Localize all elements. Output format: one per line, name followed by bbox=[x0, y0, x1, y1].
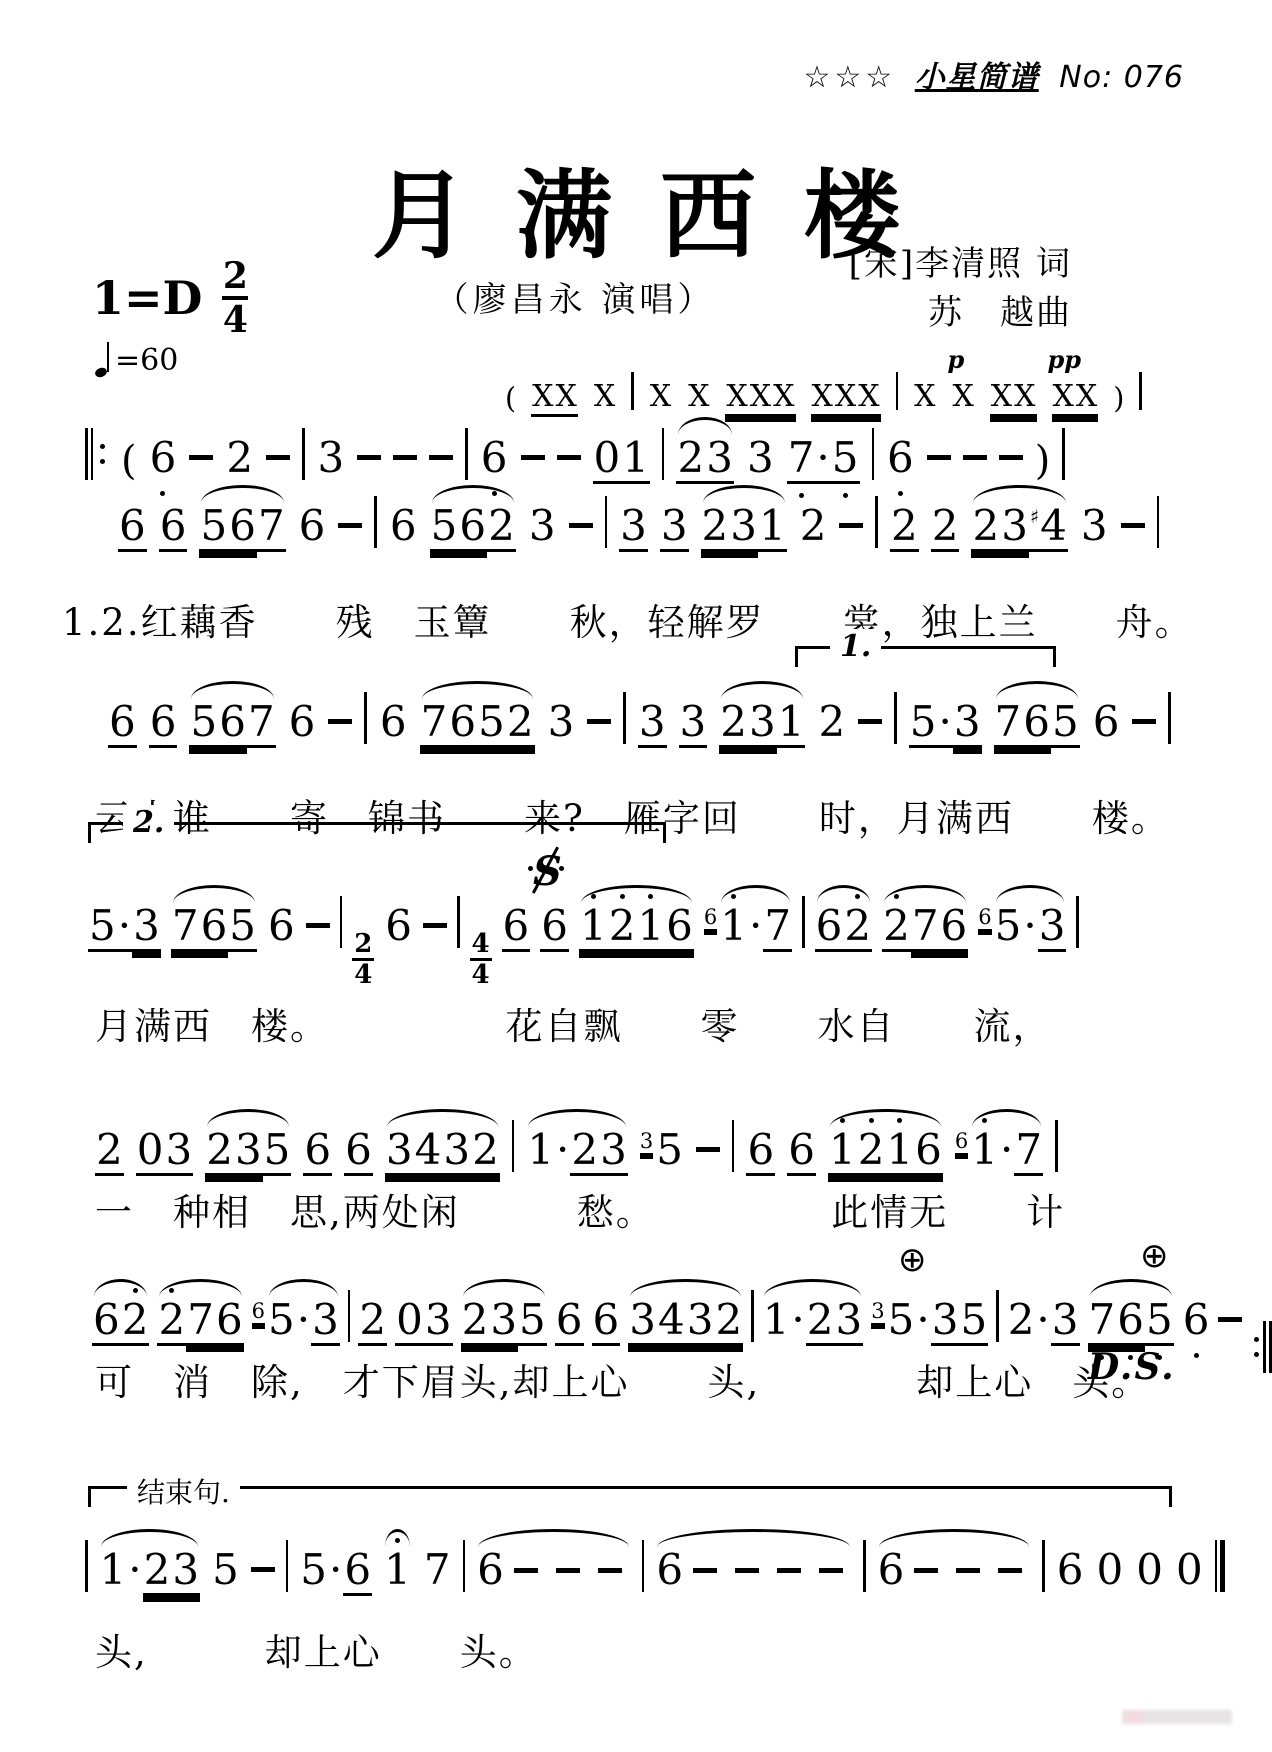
note-group: 765 bbox=[171, 905, 257, 952]
note: 7 bbox=[186, 1299, 215, 1346]
barline bbox=[85, 1540, 88, 1592]
note-group: 6 bbox=[108, 701, 137, 748]
note-group: 3 bbox=[679, 701, 708, 748]
note-group: 6 bbox=[288, 701, 317, 743]
note: X bbox=[531, 382, 554, 417]
note: · bbox=[296, 1299, 311, 1341]
note: 2 bbox=[143, 1549, 172, 1596]
note: 5 bbox=[831, 437, 860, 484]
coda-icon: ⊕ bbox=[1140, 1236, 1169, 1276]
barline bbox=[751, 1290, 754, 1342]
note: · bbox=[915, 1299, 930, 1341]
note: 6 bbox=[200, 905, 229, 952]
note: 3 bbox=[171, 1549, 200, 1596]
note: 2 bbox=[121, 1299, 150, 1346]
note: 6 bbox=[940, 905, 969, 952]
barline bbox=[896, 372, 899, 410]
barline bbox=[465, 428, 468, 480]
note-group: 567 bbox=[189, 701, 275, 748]
barline bbox=[302, 428, 305, 480]
music-line-4: 2032356634321·233566121661·7 bbox=[95, 1120, 1070, 1176]
note-group: 3 bbox=[1080, 505, 1109, 547]
note-group: 6 bbox=[1182, 1299, 1211, 1341]
note: 3 bbox=[317, 437, 346, 479]
note: 7 bbox=[911, 905, 940, 952]
volta-bracket-2: 2. bbox=[88, 822, 666, 843]
note-group: 276 bbox=[157, 1299, 243, 1346]
note: 2 bbox=[225, 437, 254, 479]
music-line-1: 665676656233323122223♯43 bbox=[118, 496, 1171, 552]
note-group: XX bbox=[990, 382, 1037, 417]
note: 5 bbox=[267, 1299, 296, 1341]
note: 6 bbox=[379, 701, 408, 743]
grace-note: 3 bbox=[871, 1301, 884, 1325]
note: 2 bbox=[487, 505, 516, 552]
barline bbox=[662, 428, 665, 480]
note-group: 5·3 bbox=[909, 701, 982, 748]
note-group: 562 bbox=[430, 505, 516, 552]
note: X bbox=[749, 382, 772, 417]
note-group: 6 bbox=[746, 1129, 775, 1176]
note-group: XX bbox=[531, 382, 578, 417]
note: 0 bbox=[1175, 1549, 1204, 1591]
note: 7 bbox=[247, 701, 276, 748]
note-group: 6 bbox=[886, 437, 915, 479]
note: 5 bbox=[655, 1129, 684, 1171]
note-group: 6 bbox=[476, 1549, 631, 1591]
note-group: 6 bbox=[787, 1129, 816, 1176]
note: 6 bbox=[149, 701, 178, 748]
dash bbox=[914, 1568, 938, 1573]
note: 6 bbox=[303, 1129, 332, 1176]
note: · bbox=[790, 1299, 805, 1341]
volta-bracket-1: 1. bbox=[795, 646, 1056, 667]
note: 3 bbox=[835, 1299, 864, 1346]
note-group: 1 bbox=[383, 1549, 412, 1591]
quarter-note-icon bbox=[95, 342, 111, 378]
note: 6 bbox=[815, 905, 844, 952]
note: 7 bbox=[994, 701, 1023, 748]
barline bbox=[348, 1290, 351, 1342]
note: 6 bbox=[1092, 701, 1121, 743]
note-group: 0 bbox=[1096, 1549, 1125, 1591]
note: 3 bbox=[679, 701, 708, 748]
barline bbox=[512, 1120, 515, 1172]
note: 3 bbox=[164, 1129, 193, 1176]
parenthesis: ( bbox=[121, 438, 137, 484]
note-group: 3 bbox=[317, 437, 346, 479]
note: 3 bbox=[628, 1299, 657, 1346]
note: 6 bbox=[159, 505, 188, 552]
barline bbox=[1157, 496, 1160, 548]
grace-note: 6 bbox=[978, 907, 991, 931]
note: 2 bbox=[701, 505, 730, 552]
tempo-value: =60 bbox=[115, 343, 178, 378]
note-group: 6 bbox=[389, 505, 418, 547]
key-time-signature: 1=D 2 4 bbox=[92, 258, 248, 338]
note: 0 bbox=[1096, 1549, 1125, 1591]
note-group: XXX bbox=[725, 382, 795, 417]
note: 1 bbox=[758, 505, 787, 552]
note: 3 bbox=[599, 1129, 628, 1176]
dash bbox=[357, 455, 381, 460]
key-signature: 1=D bbox=[92, 271, 202, 325]
note: 3 bbox=[442, 1129, 471, 1176]
barline bbox=[863, 1540, 866, 1592]
note: 7 bbox=[257, 505, 286, 552]
note: 6 bbox=[298, 505, 327, 547]
note-group: 2 bbox=[225, 437, 254, 479]
note: 5 bbox=[994, 905, 1023, 947]
note-group: 23♯4 bbox=[971, 505, 1067, 552]
note: 6 bbox=[118, 505, 147, 552]
note-group: 2 bbox=[95, 1129, 124, 1176]
note: 6 bbox=[228, 505, 257, 552]
note: 6 bbox=[215, 1299, 244, 1346]
note: 3 bbox=[547, 701, 576, 743]
note: 5 bbox=[887, 1299, 916, 1341]
note-group: 2 bbox=[931, 505, 960, 552]
dash bbox=[587, 719, 611, 724]
note: 0 bbox=[395, 1299, 424, 1346]
note-group: 1·7 bbox=[970, 1129, 1043, 1176]
note: X bbox=[725, 382, 748, 417]
note: 6 bbox=[1056, 1549, 1085, 1591]
intro-music-line: (6236012337·56) bbox=[85, 428, 1077, 484]
note-group: 1216 bbox=[579, 905, 694, 952]
dash bbox=[839, 523, 863, 528]
note: X bbox=[913, 382, 936, 412]
note: 7 bbox=[423, 1549, 452, 1591]
lyrics-line-5: 可 消 除, 才下眉头,却上心 头, 却上心 头。 bbox=[95, 1352, 1150, 1406]
note: 0 bbox=[1135, 1549, 1164, 1591]
note: 1 bbox=[970, 1129, 999, 1171]
note-group: 276 bbox=[882, 905, 968, 952]
grace-note: 3 bbox=[640, 1131, 653, 1155]
note: 6 bbox=[886, 437, 915, 479]
volta-2-label: 2. bbox=[123, 805, 174, 840]
dash bbox=[963, 455, 987, 460]
note-group: 6 bbox=[1092, 701, 1121, 743]
dash bbox=[1218, 1317, 1242, 1322]
note-group: 1·7 bbox=[719, 905, 792, 952]
note: 6 bbox=[476, 1549, 505, 1591]
dash bbox=[696, 1147, 720, 1152]
note: 3 bbox=[746, 437, 775, 479]
dash bbox=[693, 1568, 717, 1573]
note-group: 5·3 bbox=[994, 905, 1067, 952]
note: 6 bbox=[480, 437, 509, 479]
note: · bbox=[937, 701, 952, 748]
slur bbox=[657, 1529, 850, 1547]
note: 7 bbox=[1014, 1129, 1043, 1176]
barline bbox=[872, 428, 875, 480]
note-group: 6 bbox=[592, 1299, 621, 1346]
parenthesis: ) bbox=[1035, 438, 1051, 484]
time-beat: 2 bbox=[223, 258, 248, 294]
note-group: 7652 bbox=[420, 701, 535, 748]
note-group: 6 bbox=[267, 905, 296, 947]
note-group: 6 bbox=[480, 437, 509, 479]
note: 2 bbox=[882, 905, 911, 952]
note: 6 bbox=[746, 1129, 775, 1176]
note: 2 bbox=[817, 701, 846, 743]
barline bbox=[286, 1540, 289, 1592]
note-group: 2 bbox=[890, 505, 919, 552]
note-group: XXX bbox=[811, 382, 881, 417]
dash bbox=[598, 1568, 622, 1573]
ending-bracket: 结束句. bbox=[88, 1486, 1172, 1507]
dash bbox=[998, 1568, 1022, 1573]
note-group: 6 bbox=[344, 1129, 373, 1176]
note-group: 3 bbox=[619, 505, 648, 552]
note: 3 bbox=[385, 1129, 414, 1176]
parenthesis: ) bbox=[1113, 382, 1124, 415]
note-group: 7 bbox=[423, 1549, 452, 1591]
note: 6 bbox=[92, 1299, 121, 1346]
note: 2 bbox=[857, 1129, 886, 1176]
note: 6 bbox=[389, 505, 418, 547]
note-group: 765 bbox=[994, 701, 1080, 748]
note: 6 bbox=[877, 1549, 906, 1591]
note: 5 bbox=[909, 701, 938, 748]
dash bbox=[423, 923, 447, 928]
note: 3 bbox=[424, 1299, 453, 1346]
note: 6 bbox=[555, 1299, 584, 1346]
note: 3 bbox=[528, 505, 557, 547]
note: X bbox=[857, 382, 880, 417]
note: 2 bbox=[157, 1299, 186, 1346]
note: X bbox=[1052, 382, 1075, 417]
segno-icon: S bbox=[528, 846, 564, 896]
note: 6 bbox=[218, 701, 247, 748]
note: X bbox=[772, 382, 795, 417]
note: 3 bbox=[705, 437, 734, 484]
note: 1 bbox=[383, 1549, 412, 1591]
note: 6 bbox=[665, 905, 694, 952]
note: 7 bbox=[787, 437, 816, 484]
note: 3 bbox=[1000, 505, 1029, 552]
note-group: 6 bbox=[118, 505, 147, 552]
lyrics-line-6: 头, 却上心 头。 bbox=[95, 1622, 538, 1676]
barline bbox=[374, 496, 377, 548]
note-group: 23 bbox=[676, 437, 733, 484]
barline bbox=[875, 496, 878, 548]
note-group: 01 bbox=[593, 437, 650, 484]
note: 5 bbox=[228, 905, 257, 952]
parenthesis: ( bbox=[505, 382, 516, 415]
barline bbox=[457, 896, 460, 948]
note: · bbox=[999, 1129, 1014, 1171]
time-signature: 24 bbox=[352, 931, 374, 988]
note: X bbox=[687, 382, 710, 412]
note: 3 bbox=[1051, 1299, 1080, 1346]
lyricist: [宋]李清照 词 bbox=[849, 240, 1072, 289]
note-group: 0 bbox=[1135, 1549, 1164, 1591]
note-group: 3 bbox=[660, 505, 689, 552]
note: 1 bbox=[719, 905, 748, 947]
note: 2 bbox=[799, 505, 828, 547]
note: 2 bbox=[843, 905, 872, 952]
note: 5 bbox=[1145, 1299, 1174, 1346]
note-group: 3432 bbox=[385, 1129, 500, 1176]
note-group: 0 bbox=[1175, 1549, 1204, 1591]
note: 3 bbox=[660, 505, 689, 552]
note-group: 231 bbox=[701, 505, 787, 552]
note: 2 bbox=[358, 1299, 387, 1346]
barline bbox=[1168, 692, 1171, 744]
note: 2 bbox=[570, 1129, 599, 1176]
note-group: 231 bbox=[719, 701, 805, 748]
dash bbox=[819, 1568, 843, 1573]
note: 6 bbox=[448, 701, 477, 748]
note-group: 03 bbox=[395, 1299, 452, 1346]
note-group: 5·3 bbox=[267, 1299, 340, 1346]
note: 2 bbox=[506, 701, 535, 748]
note-group: 6 bbox=[555, 1299, 584, 1346]
note-group: 6 bbox=[877, 1549, 1032, 1591]
barline bbox=[802, 896, 805, 948]
note-group: 6 bbox=[303, 1129, 332, 1176]
note: 3 bbox=[311, 1299, 340, 1346]
barline bbox=[1139, 372, 1142, 410]
grace-note: 6 bbox=[955, 1131, 968, 1155]
note: 5 bbox=[88, 905, 117, 952]
note: 6 bbox=[458, 505, 487, 552]
note-group: 2 bbox=[817, 701, 846, 743]
barline bbox=[996, 1290, 999, 1342]
grace-note: 6 bbox=[252, 1301, 265, 1325]
note-group: 1216 bbox=[828, 1129, 943, 1176]
brand-name: 小星简谱 bbox=[915, 60, 1039, 95]
dash bbox=[999, 455, 1023, 460]
note: 2 bbox=[719, 701, 748, 748]
repeat-barline bbox=[1250, 1321, 1272, 1373]
note: 5 bbox=[199, 505, 228, 552]
note: 1 bbox=[621, 437, 650, 484]
note: 1 bbox=[526, 1129, 555, 1171]
note: 6 bbox=[1022, 701, 1051, 748]
note: 2 bbox=[971, 505, 1000, 552]
note: 4 bbox=[414, 1129, 443, 1176]
note-group: 1·23 bbox=[526, 1129, 628, 1176]
note: X bbox=[990, 382, 1013, 417]
note-group: 5·35 bbox=[887, 1299, 989, 1346]
note-group: 3 bbox=[528, 505, 557, 547]
credits: [宋]李清照 词 苏 越曲 bbox=[849, 240, 1072, 339]
rhythm-pattern-line: (XXXXXXXXXXXXpXXXppXX) bbox=[505, 372, 1157, 417]
note: 5 bbox=[299, 1549, 328, 1591]
note: 3 bbox=[489, 1299, 518, 1346]
composer: 苏 越曲 bbox=[849, 289, 1072, 338]
note: 7 bbox=[1088, 1299, 1117, 1346]
music-line-2: 6656766765233323125·37656 bbox=[108, 692, 1183, 748]
lyrics-line-1: 1.2.红藕香 残 玉簟 秋，轻解罗 裳，独上兰 舟。 bbox=[62, 592, 1194, 646]
note: 1 bbox=[762, 1299, 791, 1341]
barline bbox=[642, 1540, 645, 1592]
note: 3 bbox=[686, 1299, 715, 1346]
note-group: X bbox=[951, 382, 974, 412]
note-group: 3 bbox=[547, 701, 576, 743]
note: · bbox=[815, 437, 830, 484]
dash bbox=[521, 455, 545, 460]
note: · bbox=[1035, 1299, 1050, 1341]
note-group: 2·3 bbox=[1007, 1299, 1080, 1346]
dash bbox=[777, 1568, 801, 1573]
note-group: 2 bbox=[358, 1299, 387, 1346]
note: 3 bbox=[729, 505, 758, 552]
note: 6 bbox=[787, 1129, 816, 1176]
note: 5 bbox=[189, 701, 218, 748]
note: 3 bbox=[234, 1129, 263, 1176]
dash bbox=[927, 455, 951, 460]
note-group: 567 bbox=[199, 505, 285, 552]
note: 2 bbox=[714, 1299, 743, 1346]
note-group: 03 bbox=[136, 1129, 193, 1176]
note: 2 bbox=[471, 1129, 500, 1176]
repeat-barline bbox=[85, 428, 109, 480]
note: X bbox=[1013, 382, 1036, 417]
note: 7 bbox=[171, 905, 200, 952]
note-group: 6 bbox=[149, 437, 178, 479]
note: · bbox=[328, 1549, 343, 1591]
note-group: 765 bbox=[1088, 1299, 1174, 1346]
note: 2 bbox=[205, 1129, 234, 1176]
barline bbox=[364, 692, 367, 744]
note-group: 235 bbox=[461, 1299, 547, 1346]
note: 6 bbox=[149, 437, 178, 479]
note-group: 6 bbox=[298, 505, 327, 547]
note-group: XX bbox=[1052, 382, 1099, 417]
note: 2 bbox=[806, 1299, 835, 1346]
note: 6 bbox=[540, 905, 569, 952]
note: 2 bbox=[608, 905, 637, 952]
dash bbox=[429, 455, 453, 460]
dash bbox=[251, 1567, 275, 1572]
note: · bbox=[555, 1129, 570, 1171]
note: 1 bbox=[636, 905, 665, 952]
note: 2 bbox=[676, 437, 705, 484]
note: 3 bbox=[931, 1299, 960, 1346]
note: · bbox=[117, 905, 132, 952]
note: 0 bbox=[593, 437, 622, 484]
note-group: X bbox=[687, 382, 710, 412]
note-group: 6 bbox=[655, 1549, 852, 1591]
barline bbox=[340, 896, 343, 948]
barline bbox=[1042, 1540, 1045, 1592]
note: 1 bbox=[777, 701, 806, 748]
music-line-6: 1·2355·6176666000 bbox=[85, 1540, 1236, 1596]
time-unit: 4 bbox=[223, 302, 248, 338]
note: 2 bbox=[95, 1129, 124, 1176]
dash bbox=[514, 1568, 538, 1573]
note-group: 235 bbox=[205, 1129, 291, 1176]
note: 5 bbox=[211, 1549, 240, 1591]
time-signature: 2 4 bbox=[222, 258, 248, 338]
dal-segno-label: D.S. bbox=[1088, 1346, 1176, 1388]
note: X bbox=[593, 382, 616, 412]
dash bbox=[189, 455, 213, 460]
note: 6 bbox=[655, 1549, 684, 1591]
dash bbox=[1132, 719, 1156, 724]
note: 6 bbox=[502, 905, 531, 952]
ending-label: 结束句. bbox=[127, 1471, 240, 1511]
note: 3 bbox=[1080, 505, 1109, 547]
note-group: 6 bbox=[159, 505, 188, 552]
note: ♯4 bbox=[1029, 505, 1068, 552]
note: 2 bbox=[1007, 1299, 1036, 1341]
note: 7 bbox=[420, 701, 449, 748]
